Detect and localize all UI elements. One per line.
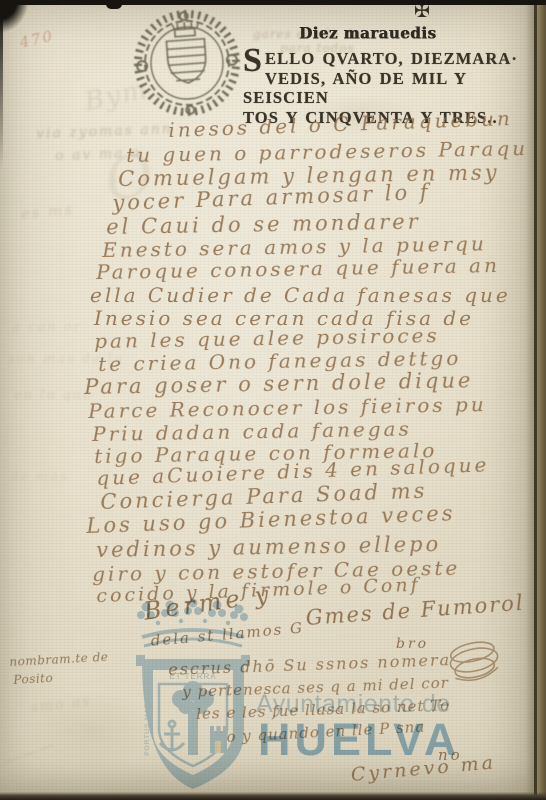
handwriting-line: Posito xyxy=(13,671,54,687)
handwriting-line: Cyrnevo ma xyxy=(350,751,497,786)
handwriting-line: nombram.te de xyxy=(9,650,109,669)
handwriting-line: bro xyxy=(396,636,429,652)
ghost-text: es ms xyxy=(20,200,75,223)
binding-strip xyxy=(537,0,546,800)
seal-line1-text: ELLO QVARTO, DIEZMARA· xyxy=(265,49,518,68)
page-top-edge-tab xyxy=(106,0,122,9)
handwriting-line: dela st llamos G xyxy=(150,619,305,650)
manuscript-page: gares el año depara todosBymvia zyomas a… xyxy=(0,0,546,800)
page-right-shadow xyxy=(525,0,534,800)
ghost-text: de mas xyxy=(10,470,69,485)
page-corner-shadow xyxy=(0,0,40,46)
seal-text-line2: VEDIS, AÑO DE MIL Y SEISCIEN xyxy=(243,69,543,108)
ghost-text: en lo que xyxy=(14,388,93,403)
ghost-text: a con or xyxy=(12,320,82,335)
page-left-edge xyxy=(0,0,3,170)
signature-rubric xyxy=(438,624,509,695)
page-top-edge xyxy=(0,0,546,5)
seal-text-line1: SELLO QVARTO, DIEZMARA· xyxy=(243,49,543,69)
handwriting-line: ella Cudier de Cada fanesas que xyxy=(90,283,511,307)
ghost-text: via zyomas ann xyxy=(36,121,173,142)
tax-label: Diez marauedis xyxy=(299,23,436,42)
page-bottom-edge xyxy=(0,792,546,800)
tax-seal-stamp xyxy=(126,4,247,122)
seal-initial: S xyxy=(243,46,263,76)
handwriting-line: o y quando en lle P sna xyxy=(226,718,426,746)
